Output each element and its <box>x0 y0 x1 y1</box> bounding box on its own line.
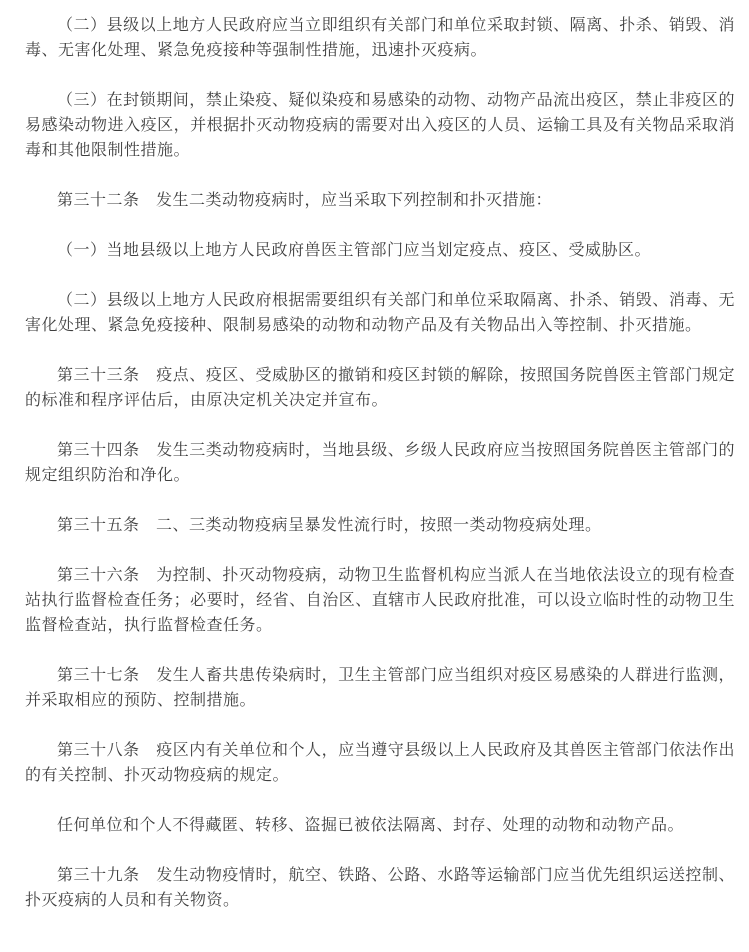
document-page: （二）县级以上地方人民政府应当立即组织有关部门和单位采取封锁、隔离、扑杀、销毁、… <box>0 0 749 952</box>
legal-paragraph-article-35: 第三十五条 二、三类动物疫病呈暴发性流行时，按照一类动物疫病处理。 <box>25 513 735 538</box>
legal-paragraph-article-38-clause-2: 任何单位和个人不得藏匿、转移、盗掘已被依法隔离、封存、处理的动物和动物产品。 <box>25 813 735 838</box>
legal-paragraph-article-39: 第三十九条 发生动物疫情时，航空、铁路、公路、水路等运输部门应当优先组织运送控制… <box>25 863 735 913</box>
legal-paragraph-item-3-article-31: （三）在封锁期间，禁止染疫、疑似染疫和易感染的动物、动物产品流出疫区，禁止非疫区… <box>25 88 735 163</box>
legal-paragraph-item-1-article-32: （一）当地县级以上地方人民政府兽医主管部门应当划定疫点、疫区、受威胁区。 <box>25 238 735 263</box>
legal-paragraph-article-34: 第三十四条 发生三类动物疫病时，当地县级、乡级人民政府应当按照国务院兽医主管部门… <box>25 438 735 488</box>
legal-paragraph-article-33: 第三十三条 疫点、疫区、受威胁区的撤销和疫区封锁的解除，按照国务院兽医主管部门规… <box>25 363 735 413</box>
legal-paragraph-item-2-article-31: （二）县级以上地方人民政府应当立即组织有关部门和单位采取封锁、隔离、扑杀、销毁、… <box>25 13 735 63</box>
legal-paragraph-article-32: 第三十二条 发生二类动物疫病时，应当采取下列控制和扑灭措施： <box>25 188 735 213</box>
legal-paragraph-article-38: 第三十八条 疫区内有关单位和个人，应当遵守县级以上人民政府及其兽医主管部门依法作… <box>25 738 735 788</box>
legal-paragraph-article-36: 第三十六条 为控制、扑灭动物疫病，动物卫生监督机构应当派人在当地依法设立的现有检… <box>25 563 735 638</box>
legal-paragraph-article-37: 第三十七条 发生人畜共患传染病时，卫生主管部门应当组织对疫区易感染的人群进行监测… <box>25 663 735 713</box>
legal-paragraph-item-2-article-32: （二）县级以上地方人民政府根据需要组织有关部门和单位采取隔离、扑杀、销毁、消毒、… <box>25 288 735 338</box>
